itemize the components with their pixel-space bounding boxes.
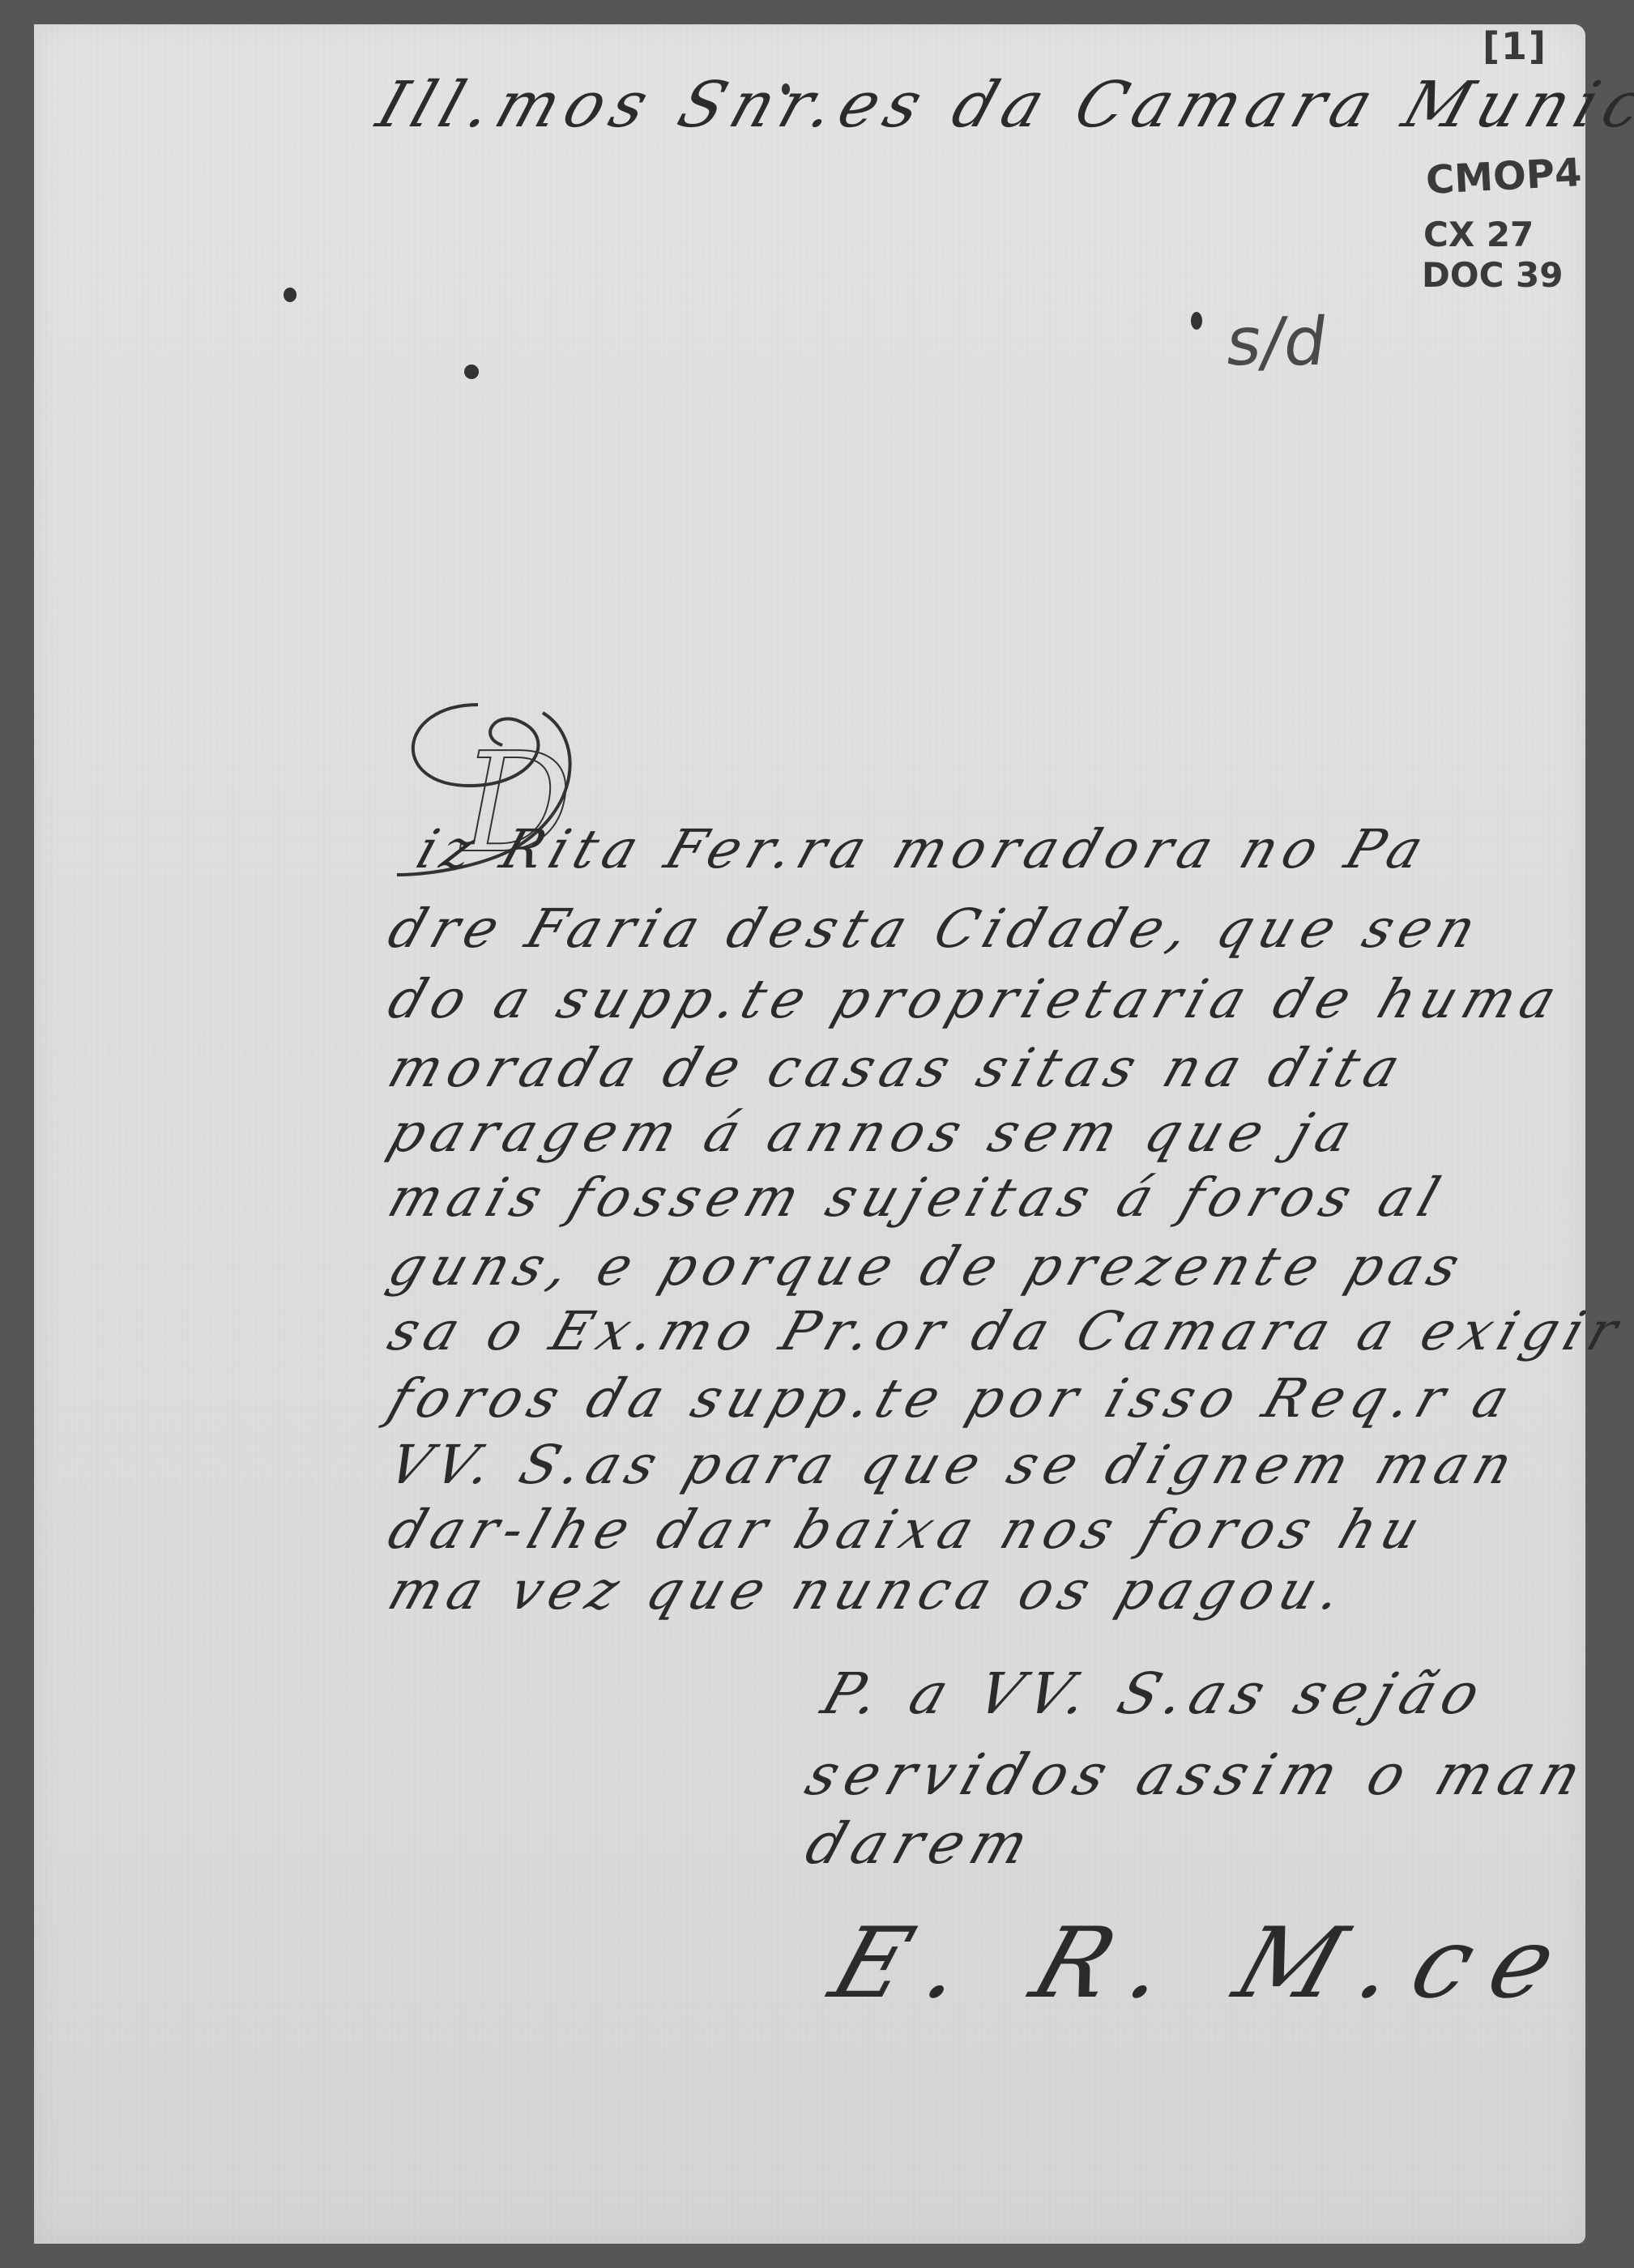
addressee-header: Ill.mos Snr.es da Camara Municipal	[369, 69, 1634, 142]
closing-line-2: servidos assim o man	[798, 1742, 1598, 1808]
ink-blot	[1191, 312, 1202, 330]
fund-code-stamp: CMOP4	[1425, 150, 1583, 203]
body-line-6: mais fossem sujeitas á foros al	[381, 1166, 1454, 1229]
body-line-12: ma vez que nunca os pagou.	[381, 1559, 1357, 1622]
page-number-stamp: [1]	[1483, 24, 1547, 68]
body-line-8: sa o Ex.mo Pr.or da Camara a exigir	[381, 1300, 1632, 1362]
closing-formula-erm: E. R. M.ce	[818, 1908, 1592, 2020]
body-line-1: iz Rita Fer.ra moradora no Pa	[409, 818, 1438, 880]
undated-note: s/d	[1222, 304, 1332, 381]
closing-line-3: darem	[798, 1810, 1044, 1877]
body-line-7: guns, e porque de prezente pas	[381, 1235, 1474, 1298]
body-line-11: dar-lhe dar baixa nos foros hu	[381, 1498, 1435, 1561]
doc-number-stamp: DOC 39	[1422, 255, 1563, 295]
body-line-10: VV. S.as para que se dignem man	[381, 1434, 1527, 1496]
ink-blot	[284, 288, 297, 302]
body-line-3: do a supp.te proprietaria de huma	[381, 968, 1571, 1030]
closing-line-1: P. a VV. S.as sejão	[814, 1660, 1496, 1727]
body-line-5: paragem á annos sem que ja	[381, 1102, 1367, 1164]
body-line-9: foros da supp.te por isso Req.r a	[381, 1367, 1524, 1430]
ink-blot	[464, 364, 479, 379]
body-line-2: dre Faria desta Cidade, que sen	[381, 897, 1491, 960]
body-line-4: morada de casas sitas na dita	[381, 1037, 1414, 1099]
box-number-stamp: CX 27	[1423, 215, 1534, 254]
